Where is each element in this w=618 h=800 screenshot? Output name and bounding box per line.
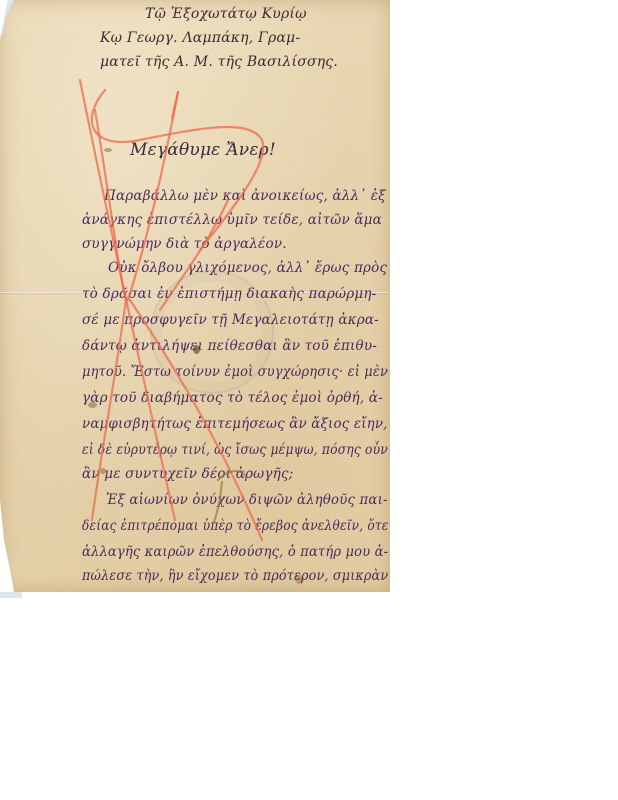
body-line: Οὐκ ὄλβου γλιχόμενος, ἀλλ᾽ ἔρως πρὸς: [108, 260, 387, 276]
address-line: ματεῖ τῆς Α. Μ. τῆς Βασιλίσσης.: [100, 54, 338, 70]
body-line: συγγνώμην διὰ τὸ ἀργαλέον.: [82, 236, 287, 252]
body-line: μητοῦ. Ἔστω τοίνυν ἐμοὶ συγχώρησις· εἰ μ…: [82, 364, 388, 380]
address-line: Τῷ Ἐξοχωτάτῳ Κυρίῳ: [145, 6, 307, 22]
body-line: εἰ δὲ εὐρυτέρῳ τινί, ὡς ἴσως μέμψω, πόση…: [82, 442, 388, 458]
body-line: δάντῳ ἀντιλήψει πείθεσθαι ἂν τοῦ ἐπιθυ-: [82, 338, 377, 354]
body-line: σέ με προσφυγεῖν τῇ Μεγαλειοτάτῃ ἀκρα-: [82, 312, 379, 328]
scan-edge: [0, 592, 22, 598]
body-line: πώλεσε τὴν, ἣν εἴχομεν τὸ πρότερον, σμικ…: [82, 568, 388, 584]
body-line: ἀλλαγῆς καιρῶν ἐπελθούσης, ὁ πατήρ μου ἀ…: [82, 544, 388, 560]
body-line: τὸ δρᾶσαι ἐν ἐπιστήμῃ διακαὴς παρώρμη-: [82, 286, 376, 302]
body-line: δείας ἐπιτρέπομαι ὑπὲρ τὸ ἔρεβος ἀνελθεῖ…: [82, 518, 389, 534]
body-line: γὰρ τοῦ διαβήματος τὸ τέλος ἐμοὶ ὀρθή, ἀ…: [82, 390, 383, 406]
ink-stain: [104, 148, 112, 152]
torn-corner: [0, 0, 14, 34]
body-line: ἀνάγκης ἐπιστέλλω ὑμῖν τείδε, αἰτῶν ἅμα: [82, 212, 382, 228]
body-line: ἂν με συντυχεῖν δέοι ἀρωγῆς;: [82, 466, 293, 482]
address-line: Κῳ Γεωργ. Λαμπάκη, Γραμ-: [100, 30, 300, 46]
body-line: ναμφισβητήτως ἐπιτεμήσεως ἂν ἄξιος εἴην,: [82, 416, 388, 432]
salutation: Μεγάθυμε Ἄνερ!: [130, 140, 276, 160]
body-line: Παραβάλλω μὲν καὶ ἀνοικείως, ἀλλ᾽ ἐξ: [104, 188, 386, 204]
letter-page: Τῷ Ἐξοχωτάτῳ Κυρίῳ Κῳ Γεωργ. Λαμπάκη, Γρ…: [0, 0, 390, 592]
body-line: Ἐξ αἰωνίων ὀνύχων διψῶν ἀληθοῦς παι-: [106, 492, 388, 508]
